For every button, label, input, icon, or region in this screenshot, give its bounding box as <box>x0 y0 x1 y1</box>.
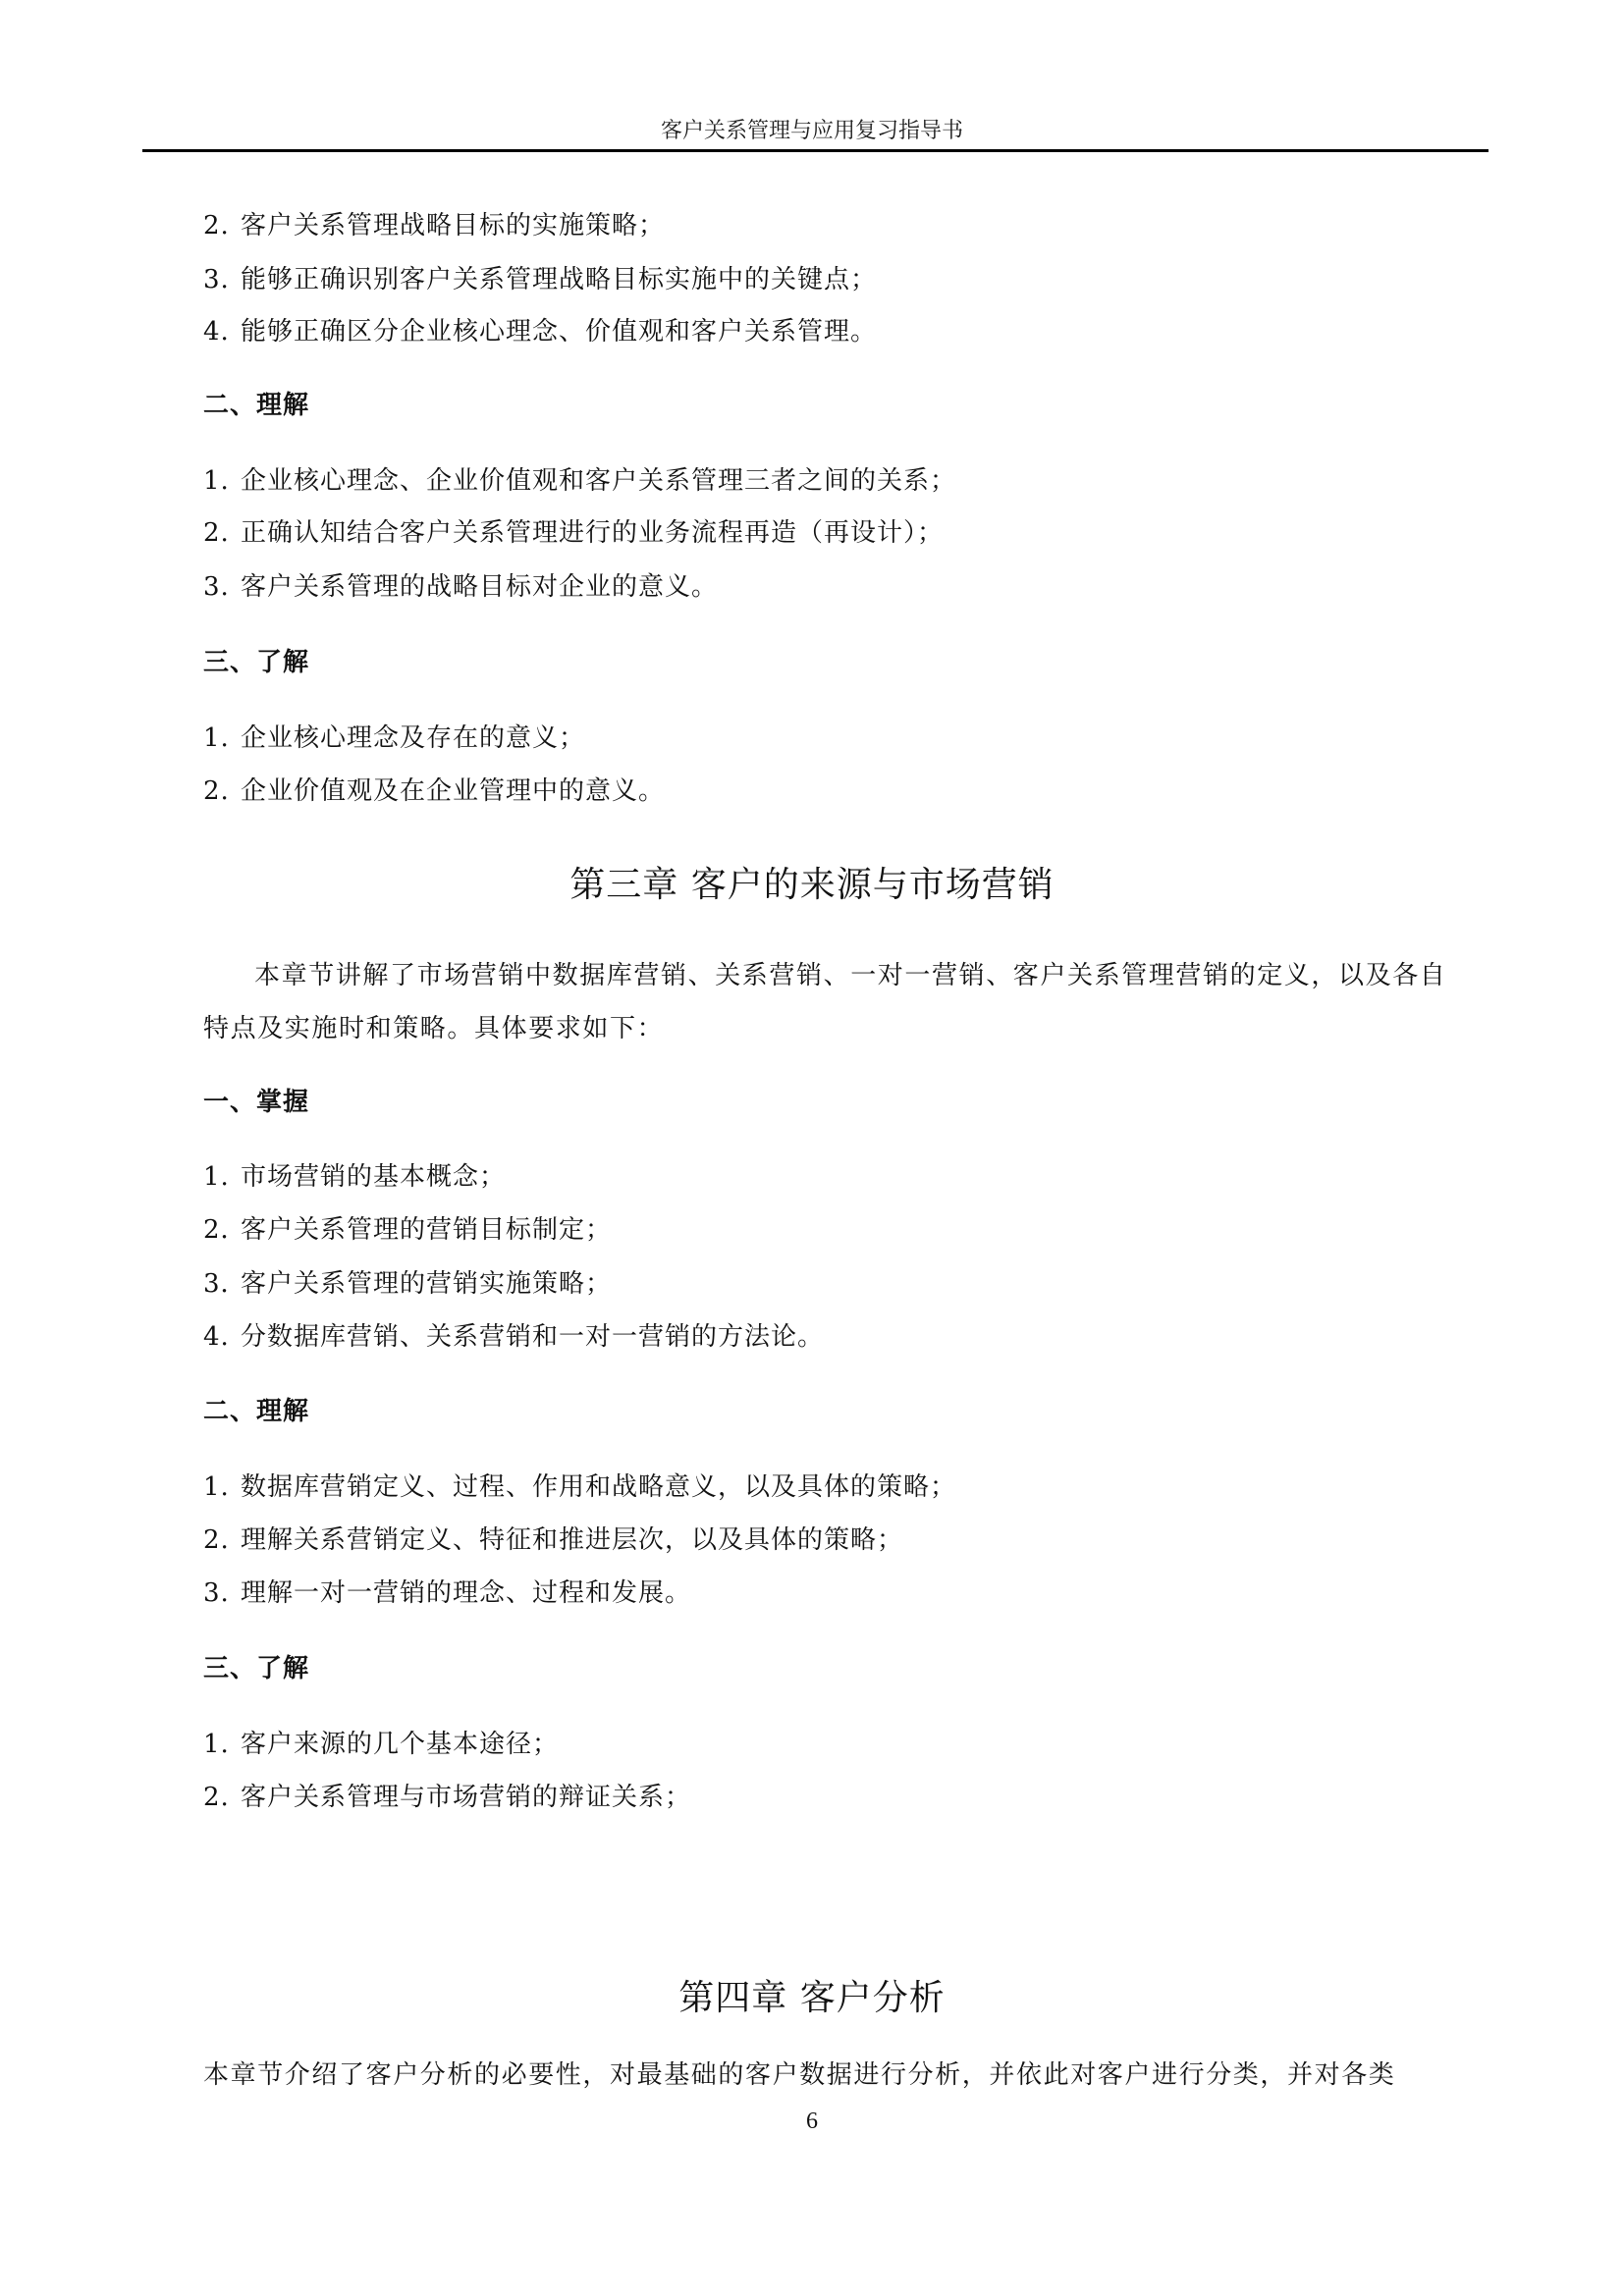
list-item-text: 理解关系营销定义、特征和推进层次，以及具体的策略； <box>241 1525 903 1555</box>
list-item: 1.数据库营销定义、过程、作用和战略意义，以及具体的策略； <box>203 1472 956 1502</box>
list-item-text: 数据库营销定义、过程、作用和战略意义，以及具体的策略； <box>241 1472 956 1502</box>
list-item-text: 企业价值观及在企业管理中的意义。 <box>241 776 665 806</box>
list-item-number: 1. <box>203 1162 241 1192</box>
section-heading-know: 三、了解 <box>203 648 309 677</box>
list-item-number: 2. <box>203 518 241 548</box>
list-item-text: 客户关系管理的战略目标对企业的意义。 <box>241 572 718 602</box>
list-item: 1.企业核心理念、企业价值观和客户关系管理三者之间的关系； <box>203 466 956 496</box>
list-item-text: 理解一对一营销的理念、过程和发展。 <box>241 1578 691 1608</box>
list-item-number: 1. <box>203 1730 241 1759</box>
list-item: 2.客户关系管理与市场营销的辩证关系； <box>203 1783 691 1812</box>
list-item-number: 4. <box>203 317 241 347</box>
list-item-text: 客户关系管理的营销实施策略； <box>241 1269 612 1299</box>
paragraph-line: 本章节讲解了市场营销中数据库营销、关系营销、一对一营销、客户关系管理营销的定义，… <box>254 961 1446 990</box>
list-item: 2．客户关系管理的营销目标制定； <box>203 1215 612 1245</box>
list-item-number: 4. <box>203 1322 241 1352</box>
chapter-title: 第四章 客户分析 <box>0 1979 1624 2018</box>
list-item-text: 客户关系管理的营销目标制定； <box>241 1215 612 1245</box>
list-item: 4.分数据库营销、关系营销和一对一营销的方法论。 <box>203 1322 824 1352</box>
list-item: 2.正确认知结合客户关系管理进行的业务流程再造（再设计）； <box>203 518 944 548</box>
list-item-text: 正确认知结合客户关系管理进行的业务流程再造（再设计）； <box>241 518 944 548</box>
list-item: 3.理解一对一营销的理念、过程和发展。 <box>203 1578 691 1608</box>
list-item-text: 市场营销的基本概念； <box>241 1162 506 1192</box>
list-item: 4.能够正确区分企业核心理念、价值观和客户关系管理。 <box>203 317 877 347</box>
list-item-number: 1. <box>203 466 241 496</box>
list-item-number: 3. <box>203 265 241 294</box>
list-item-number: 2． <box>203 1215 241 1245</box>
list-item: 3.客户关系管理的战略目标对企业的意义。 <box>203 572 718 602</box>
list-item-text: 企业核心理念及存在的意义； <box>241 723 585 753</box>
page-number: 6 <box>0 2109 1624 2135</box>
section-heading-know: 三、了解 <box>203 1654 309 1683</box>
list-item-text: 客户关系管理战略目标的实施策略； <box>241 211 665 240</box>
list-item: 2.企业价值观及在企业管理中的意义。 <box>203 776 665 806</box>
list-item: 3.能够正确识别客户关系管理战略目标实施中的关键点； <box>203 265 877 294</box>
list-item: 1.客户来源的几个基本途径； <box>203 1730 559 1759</box>
list-item-number: 3. <box>203 572 241 602</box>
header-rule-divider <box>142 149 1489 152</box>
section-heading-understand: 二、理解 <box>203 1397 309 1426</box>
section-heading-understand: 二、理解 <box>203 391 309 420</box>
list-item-number: 2. <box>203 211 241 240</box>
list-item-number: 3. <box>203 1578 241 1608</box>
chapter-intro-paragraph-cont: 特点及实施时和策略。具体要求如下： <box>203 1014 1489 1043</box>
chapter-intro-paragraph: 本章节介绍了客户分析的必要性，对最基础的客户数据进行分析，并依此对客户进行分类，… <box>203 2060 1489 2090</box>
list-item-number: 3． <box>203 1269 241 1299</box>
list-item-number: 1. <box>203 723 241 753</box>
list-item-text: 企业核心理念、企业价值观和客户关系管理三者之间的关系； <box>241 466 956 496</box>
list-item-number: 2. <box>203 1783 241 1812</box>
list-item-text: 客户来源的几个基本途径； <box>241 1730 559 1759</box>
list-item: 1.企业核心理念及存在的意义； <box>203 723 585 753</box>
list-item-text: 能够正确识别客户关系管理战略目标实施中的关键点； <box>241 265 877 294</box>
list-item: 3．客户关系管理的营销实施策略； <box>203 1269 612 1299</box>
list-item-number: 1. <box>203 1472 241 1502</box>
list-item-text: 分数据库营销、关系营销和一对一营销的方法论。 <box>241 1322 824 1352</box>
list-item-text: 客户关系管理与市场营销的辩证关系； <box>241 1783 691 1812</box>
chapter-intro-paragraph: 本章节讲解了市场营销中数据库营销、关系营销、一对一营销、客户关系管理营销的定义，… <box>203 961 1489 990</box>
list-item-number: 2. <box>203 1525 241 1555</box>
list-item: 2.理解关系营销定义、特征和推进层次，以及具体的策略； <box>203 1525 903 1555</box>
list-item: 2.客户关系管理战略目标的实施策略； <box>203 211 665 240</box>
list-item-text: 能够正确区分企业核心理念、价值观和客户关系管理。 <box>241 317 877 347</box>
chapter-title: 第三章 客户的来源与市场营销 <box>0 866 1624 905</box>
section-heading-master: 一、掌握 <box>203 1088 309 1117</box>
running-header-title: 客户关系管理与应用复习指导书 <box>0 114 1624 144</box>
list-item: 1.市场营销的基本概念； <box>203 1162 506 1192</box>
list-item-number: 2. <box>203 776 241 806</box>
